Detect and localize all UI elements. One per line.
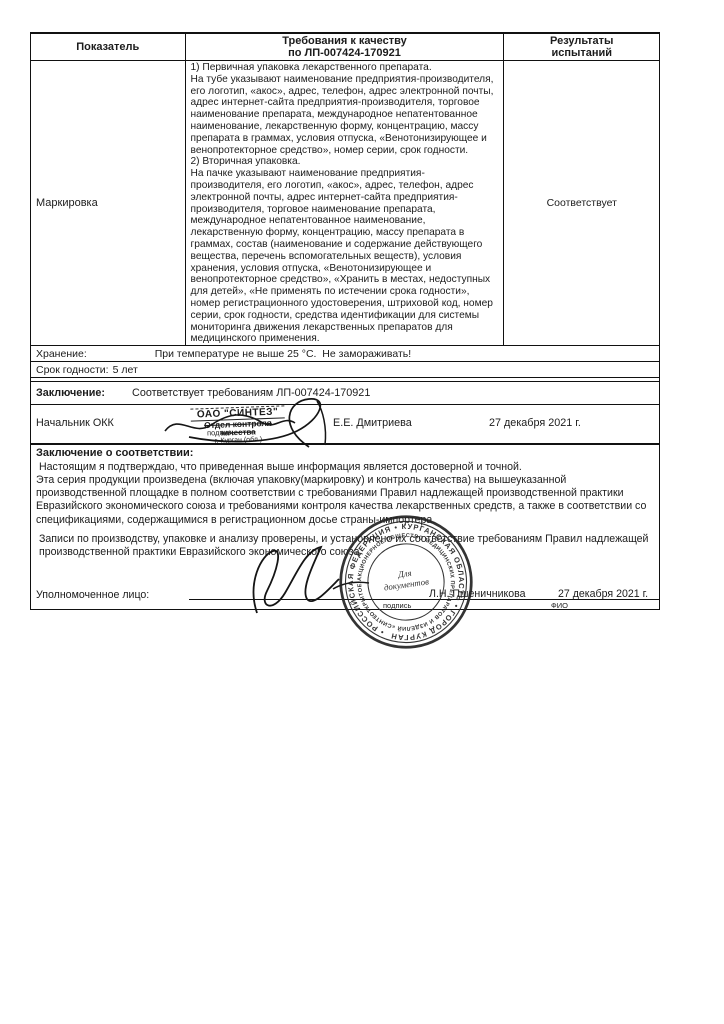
marking-requirements-cell: 1) Первичная упаковка лекарственного пре… xyxy=(186,61,505,345)
quality-table: Показатель Требования к качеству по ЛП-0… xyxy=(30,32,660,610)
marking-indicator-label: Маркировка xyxy=(36,197,98,209)
header-results-line2: испытаний xyxy=(551,47,612,59)
header-results: Результаты испытаний xyxy=(504,34,659,60)
header-requirements-line1: Требования к качеству xyxy=(282,35,407,47)
authorized-person-date: 27 декабря 2021 г. xyxy=(558,588,648,600)
table-row-storage: Хранение: При температуре не выше 25 °С.… xyxy=(31,346,659,362)
round-organization-stamp: • РОССИЙСКАЯ ФЕДЕРАЦИЯ • КУРГАНСКАЯ ОБЛА… xyxy=(329,505,483,659)
qc-head-date: 27 декабря 2021 г. xyxy=(489,417,581,429)
qc-head-name: Е.Е. Дмитриева xyxy=(333,417,412,429)
stamp-center-line2: документов xyxy=(383,576,429,592)
header-indicator-label: Показатель xyxy=(76,41,139,53)
storage-label: Хранение: xyxy=(31,348,87,360)
table-row-shelf-life: Срок годности: 5 лет xyxy=(31,362,659,378)
table-header-row: Показатель Требования к качеству по ЛП-0… xyxy=(31,34,659,61)
marking-indicator-cell: Маркировка xyxy=(31,61,186,345)
header-requirements-line2: по ЛП-007424-170921 xyxy=(288,47,401,59)
header-requirements: Требования к качеству по ЛП-007424-17092… xyxy=(186,34,505,60)
marking-result-value: Соответствует xyxy=(547,197,617,209)
conclusion-label: Заключение: xyxy=(31,387,105,399)
storage-value: При температуре не выше 25 °С. Не замора… xyxy=(155,348,411,360)
qc-head-signature xyxy=(159,397,349,449)
shelf-life-value: 5 лет xyxy=(113,364,138,376)
header-indicator: Показатель xyxy=(31,34,186,60)
scanned-quality-certificate: Показатель Требования к качеству по ЛП-0… xyxy=(0,0,724,1024)
authorized-person-label: Уполномоченное лицо: xyxy=(36,589,149,601)
shelf-life-label: Срок годности: xyxy=(31,364,109,376)
table-row-marking: Маркировка 1) Первичная упаковка лекарст… xyxy=(31,61,659,346)
authorized-fio-caption: ФИО xyxy=(551,601,568,610)
compliance-heading: Заключение о соответствии: xyxy=(36,447,193,459)
compliance-section: Заключение о соответствии: Настоящим я п… xyxy=(31,445,659,610)
stamp-center-line1: Для xyxy=(396,568,412,580)
header-results-line1: Результаты xyxy=(550,35,613,47)
marking-result-cell: Соответствует xyxy=(504,61,659,345)
qc-head-signature-row: Начальник ОКК ОАО "СИНТЕЗ" Отдел контрол… xyxy=(31,405,659,445)
qc-head-title: Начальник ОКК xyxy=(36,417,114,429)
